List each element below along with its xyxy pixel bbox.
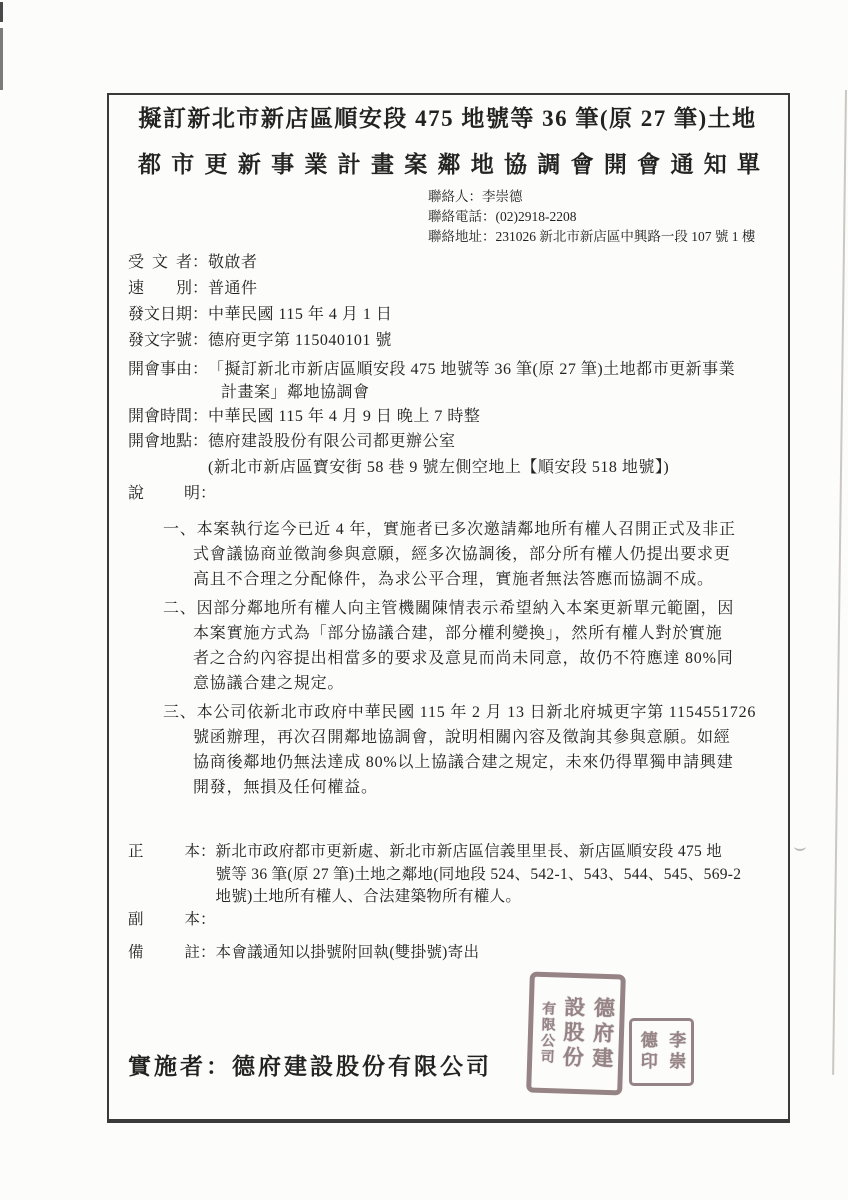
personal-seal: 李崇 德印 <box>629 1018 694 1086</box>
scan-artifact <box>0 28 3 90</box>
field-label: 正本 <box>128 841 200 864</box>
contact-phone: 聯絡電話：(02)2918-2208 <box>428 207 755 227</box>
distribution-note: 備註：本會議通知以掛號附回執(雙掛號)寄出 <box>128 942 479 965</box>
implementer-name: 德府建設股份有限公司 <box>232 1054 492 1079</box>
explanation-item-3: 三、本公司依新北市政府中華民國 115 年 2 月 13 日新北府城更字第 11… <box>163 700 841 800</box>
field-label: 開會地點 <box>128 429 192 455</box>
implementer-line: 實施者：德府建設股份有限公司 <box>128 1048 492 1081</box>
field-label: 副本 <box>128 909 200 932</box>
field-label: 發文日期 <box>128 302 192 328</box>
field-label: 受文者 <box>128 250 192 276</box>
distribution-copy: 副本： <box>128 909 216 932</box>
explanation-item-2: 二、因部分鄰地所有權人向主管機關陳情表示希望納入本案更新單元範圍，因 本案實施方… <box>163 596 841 696</box>
explanation-heading: 說明： <box>128 481 216 507</box>
field-meeting-subject: 開會事由：「擬訂新北市新店區順安段 475 地號等 36 筆(原 27 筆)土地… <box>128 358 735 404</box>
field-label: 開會事由 <box>128 358 192 381</box>
field-value: 中華民國 115 年 4 月 1 日 <box>208 302 392 328</box>
scan-artifact <box>0 2 3 22</box>
document-title-line2: 都市更新事業計畫案鄰地協調會開會通知單 <box>138 146 760 179</box>
field-value: 「擬訂新北市新店區順安段 475 地號等 36 筆(原 27 筆)土地都市更新事… <box>208 358 735 404</box>
field-label: 備註 <box>128 942 200 965</box>
field-doc-number: 發文字號：德府更字第 115040101 號 <box>128 328 392 354</box>
contact-person: 聯絡人：李崇德 <box>428 187 755 207</box>
field-label: 發文字號 <box>128 328 192 354</box>
scan-artifact <box>794 842 806 851</box>
field-label: 速別 <box>128 276 192 302</box>
implementer-label: 實施者 <box>128 1054 206 1079</box>
field-priority: 速別：普通件 <box>128 276 258 302</box>
personal-seal-column: 李崇 <box>667 1022 684 1082</box>
company-seal: 德府建 設股份 有限公司 <box>526 972 626 1096</box>
field-value: 德府建設股份有限公司都更辦公室 (新北市新店區寶安街 58 巷 9 號左側空地上… <box>208 429 669 481</box>
field-value: 本會議通知以掛號附回執(雙掛號)寄出 <box>216 942 480 965</box>
explanation-item-1: 一、本案執行迄今已近 4 年，實施者已多次邀請鄰地所有權人召開正式及非正 式會議… <box>163 517 841 592</box>
field-meeting-time: 開會時間：中華民國 115 年 4 月 9 日 晚上 7 時整 <box>128 404 480 430</box>
field-value: 普通件 <box>208 276 258 302</box>
company-seal-column: 設股份 <box>560 980 584 1088</box>
document-title-line1: 擬訂新北市新店區順安段 475 地號等 36 筆(原 27 筆)土地 <box>110 100 785 133</box>
field-value: 德府更字第 115040101 號 <box>208 328 392 354</box>
contact-block: 聯絡人：李崇德 聯絡電話：(02)2918-2208 聯絡地址：231026 新… <box>428 187 755 247</box>
scanned-document-page: 擬訂新北市新店區順安段 475 地號等 36 筆(原 27 筆)土地 都市更新事… <box>0 0 848 1200</box>
contact-address: 聯絡地址：231026 新北市新店區中興路一段 107 號 1 樓 <box>428 227 755 247</box>
field-value: 新北市政府都市更新處、新北市新店區信義里里長、新店區順安段 475 地 號等 3… <box>216 841 742 909</box>
field-label: 開會時間 <box>128 404 192 430</box>
field-label: 說明 <box>128 481 200 507</box>
field-issue-date: 發文日期：中華民國 115 年 4 月 1 日 <box>128 302 392 328</box>
field-recipient: 受文者：敬啟者 <box>128 250 258 276</box>
field-value: 中華民國 115 年 4 月 9 日 晚上 7 時整 <box>208 404 480 430</box>
personal-seal-column: 德印 <box>639 1022 656 1082</box>
distribution-original: 正本：新北市政府都市更新處、新北市新店區信義里里長、新店區順安段 475 地 號… <box>128 841 741 909</box>
field-meeting-place: 開會地點：德府建設股份有限公司都更辦公室 (新北市新店區寶安街 58 巷 9 號… <box>128 429 669 481</box>
company-seal-column: 有限公司 <box>538 979 555 1086</box>
field-value: 敬啟者 <box>208 250 258 276</box>
company-seal-column: 德府建 <box>590 981 614 1089</box>
